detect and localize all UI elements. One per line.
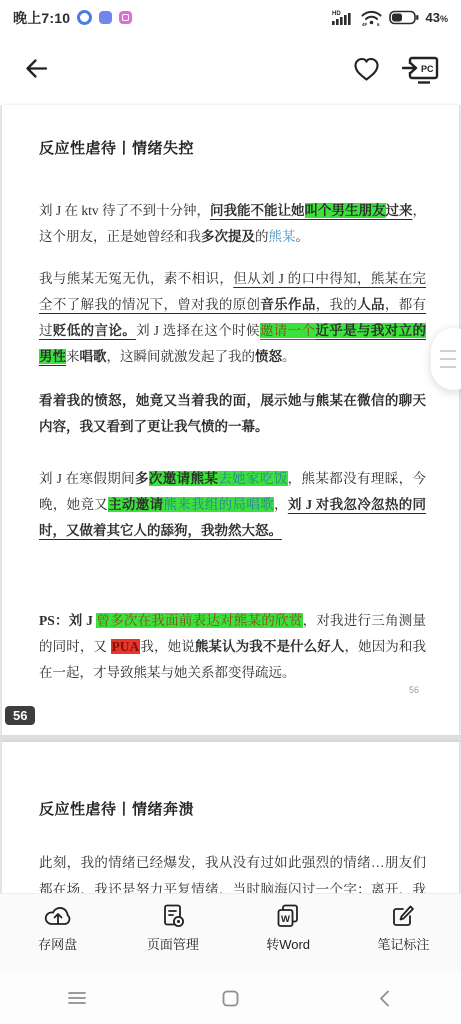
paragraph-5: PS：刘 J 曾多次在我面前表达对熊某的欣赏，对我进行三角测量的同时，又 PUA… — [39, 608, 426, 686]
text-segment: 。 — [296, 229, 310, 244]
text-segment: 曾多次在我面前表达对熊某的欣赏 — [96, 613, 302, 628]
hd-label: HD — [332, 11, 341, 17]
text-segment: 刘 J 选择在这个时候 — [136, 323, 260, 338]
clock-text: 晚上7:10 — [13, 8, 70, 28]
text-segment: PS：刘 J — [39, 613, 96, 628]
send-to-pc-icon: PC — [402, 54, 440, 85]
recents-icon — [222, 990, 239, 1007]
android-nav-bar — [0, 972, 461, 1024]
text-segment: 多次提及 — [201, 229, 255, 244]
toolbar-note-annotate[interactable]: 笔记标注 — [346, 894, 461, 973]
page-divider — [0, 735, 461, 742]
text-segment: 来 — [66, 349, 80, 364]
text-segment: 叫个男生朋友 — [305, 203, 386, 218]
paragraph-1: 刘 J 在 ktv 待了不到十分钟，问我能不能让她叫个男生朋友过来，这个朋友，正… — [39, 198, 426, 250]
blue-app-icon — [99, 11, 112, 24]
status-bar-left: 晚上7:10 — [13, 8, 132, 28]
toolbar-convert-word[interactable]: W 转Word — [231, 894, 346, 973]
word-glyph: W — [281, 914, 290, 925]
status-bar: 晚上7:10 HD 4F 6 — [0, 0, 461, 35]
text-segment: 我还是努力平复情绪，当时脑海闪过一个字：离开，我想表达我的不满，想和同学 — [39, 882, 426, 893]
text-segment: 人品 — [357, 297, 385, 312]
text-segment: 去她家吃饭 — [218, 471, 287, 486]
text-segment: 主动邀请 — [108, 497, 163, 512]
signal-icon: HD — [332, 9, 354, 26]
text-segment: 。 — [282, 349, 296, 364]
text-segment: ，我的 — [316, 297, 358, 312]
nav-back-button[interactable] — [307, 990, 461, 1007]
text-segment: 刘 J 在寒假期间 — [39, 471, 135, 486]
text-segment: 过来 — [386, 203, 413, 218]
page-footer-number: 56 — [409, 685, 419, 695]
back-arrow-icon — [22, 55, 50, 82]
bottom-toolbar: 存网盘 页面管理 W 转Word 笔记标注 — [0, 893, 461, 973]
text-segment: 刘 J 在 ktv 待了不到十分钟， — [39, 203, 210, 218]
menu-icon — [68, 991, 86, 1005]
svg-text:6: 6 — [377, 22, 380, 26]
document-page-2: 反应性虐待丨情绪奔溃 此刻，我的情绪已经爆发，我从没有过如此强烈的情绪…朋友们都… — [2, 742, 459, 893]
pink-app-icon — [119, 11, 132, 24]
text-segment: 多 — [135, 471, 149, 486]
text-segment: 的 — [255, 229, 269, 244]
nav-menu-button[interactable] — [0, 991, 154, 1005]
battery-percent-text: 43% — [426, 10, 448, 25]
paragraph-6: 此刻，我的情绪已经爆发，我从没有过如此强烈的情绪…朋友们都在场，我还是努力平复情… — [39, 849, 426, 893]
paragraph-3: 看着我的愤怒，她竟又当着我的面，展示她与熊某在微信的聊天内容，我又看到了更让我气… — [39, 388, 426, 440]
note-annotate-icon — [389, 903, 417, 929]
text-segment: 熊某认为我不是什么好人 — [195, 639, 345, 654]
text-segment: 次邀请熊某 — [149, 471, 218, 486]
text-segment: 音乐作品 — [260, 297, 315, 312]
text-segment: 熊某 — [269, 229, 296, 244]
nav-recents-button[interactable] — [154, 990, 308, 1007]
text-segment: 问我能不能让她 — [210, 203, 305, 218]
paragraph-4: 刘 J 在寒假期间多次邀请熊某去她家吃饭，熊某都没有理睬，今晚，她竟又主动邀请熊… — [39, 466, 426, 544]
text-segment: 熊来我组的局唱歌 — [163, 497, 274, 512]
page-indicator-badge: 56 — [5, 706, 35, 725]
section-title-2: 反应性虐待丨情绪奔溃 — [39, 798, 426, 819]
toolbar-page-manage[interactable]: 页面管理 — [115, 894, 230, 973]
back-icon — [379, 990, 390, 1007]
text-segment: 我，她说 — [140, 639, 195, 654]
text-segment: 贬低的言论。 — [53, 323, 136, 338]
text-segment: 看着我的愤怒，她竟又当着我的面，展示她与熊某在微信的聊天内容，我又看到了更让我气… — [39, 393, 426, 434]
donut-app-icon — [77, 10, 92, 25]
send-to-pc-button[interactable]: PC — [402, 54, 440, 88]
toolbar-save-to-cloud[interactable]: 存网盘 — [0, 894, 115, 973]
phone-screen: 晚上7:10 HD 4F 6 — [0, 0, 461, 1024]
app-header: PC — [0, 35, 461, 105]
text-segment: ，这瞬间就激发起了我的 — [107, 349, 256, 364]
toolbar-label: 转Word — [266, 934, 310, 953]
status-bar-right: HD 4F 6 43% — [332, 9, 448, 26]
page-manage-icon — [159, 903, 187, 929]
svg-text:4F: 4F — [362, 22, 368, 26]
favorite-button[interactable] — [352, 55, 381, 86]
text-segment: 邀请一个 — [260, 323, 316, 338]
back-button[interactable] — [22, 55, 50, 85]
pc-label: PC — [421, 64, 434, 74]
section-title-1: 反应性虐待丨情绪失控 — [39, 137, 426, 158]
wifi-icon: 4F 6 — [361, 9, 382, 26]
word-convert-icon: W — [274, 903, 302, 929]
toolbar-label: 存网盘 — [38, 934, 77, 953]
text-segment: PUA — [111, 639, 141, 654]
heart-icon — [352, 55, 381, 83]
paragraph-2: 我与熊某无冤无仇，素不相识，但从刘 J 的口中得知，熊某在完全不了解我的情况下，… — [39, 266, 426, 370]
battery-icon — [389, 10, 419, 25]
text-segment: 我与熊某无冤无仇，素不相识， — [39, 271, 233, 286]
cloud-upload-icon — [44, 903, 72, 929]
text-segment: 唱歌 — [80, 349, 107, 364]
toolbar-label: 页面管理 — [147, 934, 199, 953]
text-segment: 愤怒 — [255, 349, 282, 364]
text-segment: ， — [274, 497, 288, 512]
floating-menu-handle[interactable] — [431, 328, 461, 390]
drag-handle-icon — [440, 350, 456, 352]
document-page-1: 反应性虐待丨情绪失控 刘 J 在 ktv 待了不到十分钟，问我能不能让她叫个男生… — [2, 105, 459, 735]
toolbar-label: 笔记标注 — [377, 934, 429, 953]
